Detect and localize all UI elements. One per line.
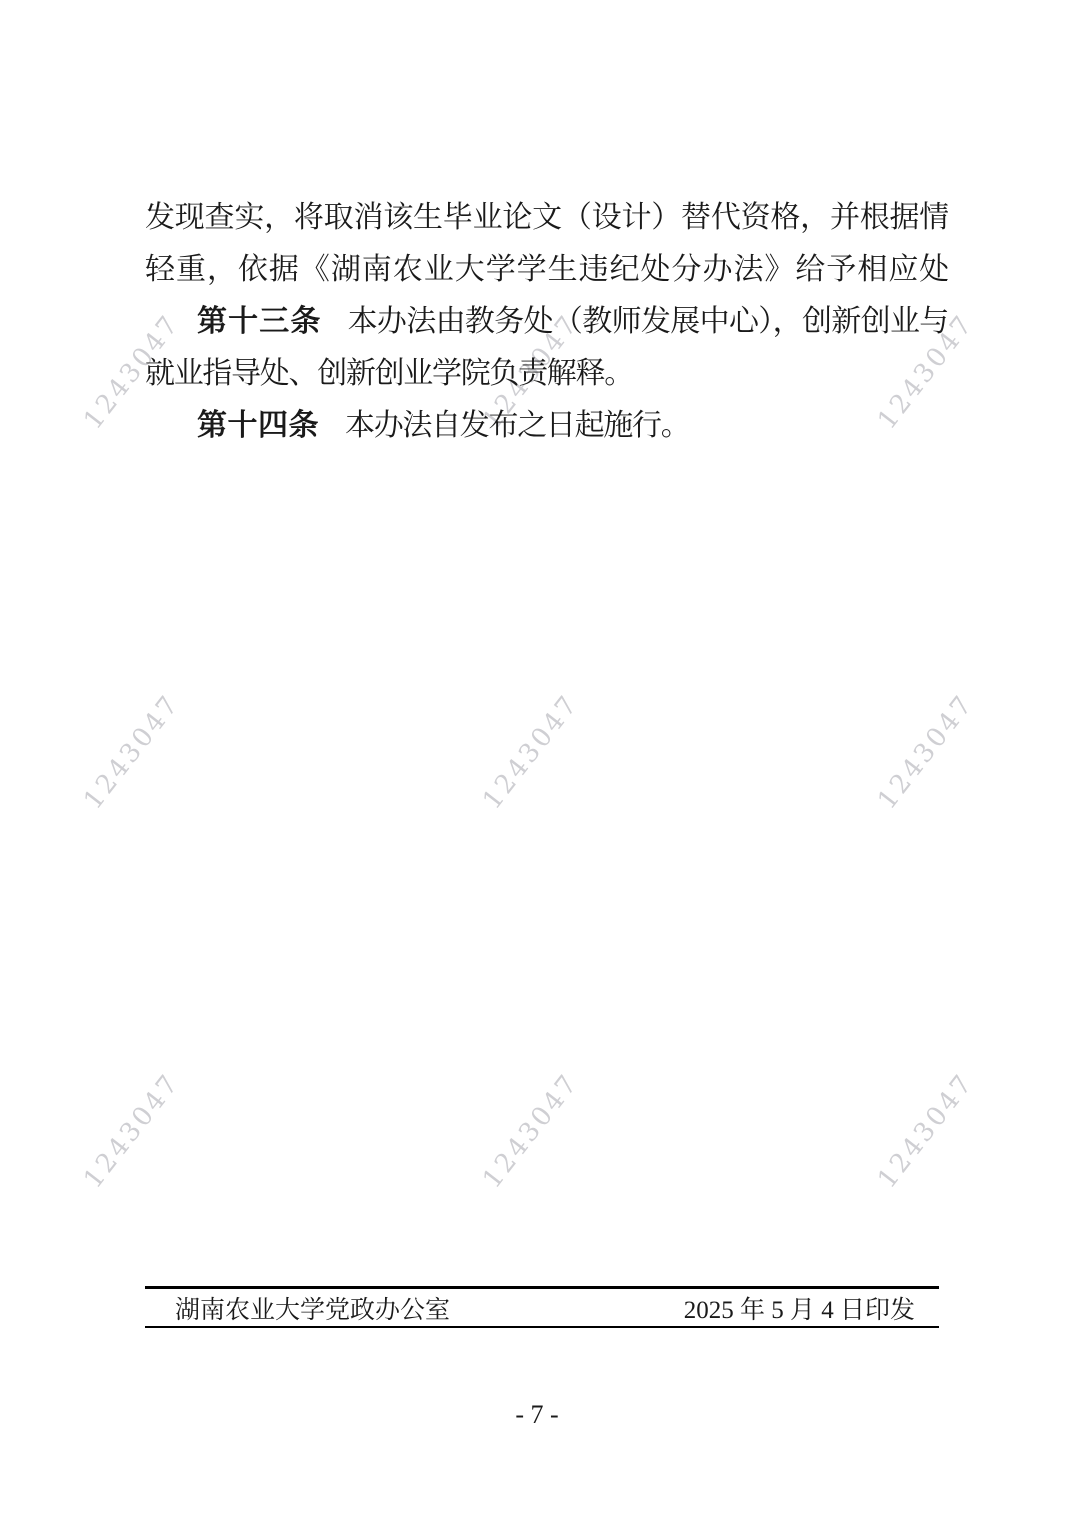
footer: 湖南农业大学党政办公室 2025 年 5 月 4 日印发 bbox=[145, 1289, 939, 1326]
document-page: 1243047 1243047 1243047 1243047 1243047 … bbox=[0, 0, 1074, 1520]
watermark-text: 1243047 bbox=[477, 689, 585, 815]
watermark-text: 1243047 bbox=[872, 689, 980, 815]
article-13-continuation: 就业指导处、创新创业学院负责解释。 bbox=[145, 348, 948, 400]
page-number: - 7 - bbox=[0, 1400, 1074, 1430]
article-14-heading: 第十四条 bbox=[197, 409, 319, 442]
body-line-continuation: 发现查实，将取消该生毕业论文（设计）替代资格，并根据情节 bbox=[145, 192, 948, 244]
article-13-heading: 第十三条 bbox=[197, 305, 322, 338]
footer-issuer: 湖南农业大学党政办公室 bbox=[175, 1290, 450, 1326]
document-body: 发现查实，将取消该生毕业论文（设计）替代资格，并根据情节 轻重，依据《湖南农业大… bbox=[145, 192, 948, 452]
article-13-line: 第十三条本办法由教务处（教师发展中心），创新创业与 bbox=[145, 296, 948, 348]
watermark-text: 1243047 bbox=[872, 1068, 980, 1194]
footer-print-date: 2025 年 5 月 4 日印发 bbox=[684, 1290, 915, 1326]
article-14-text: 本办法自发布之日起施行。 bbox=[345, 409, 689, 442]
body-line-continuation: 轻重，依据《湖南农业大学学生违纪处分办法》给予相应处分。 bbox=[145, 244, 948, 296]
article-14-line: 第十四条本办法自发布之日起施行。 bbox=[145, 400, 948, 452]
watermark-text: 1243047 bbox=[477, 1068, 585, 1194]
watermark-text: 1243047 bbox=[78, 689, 186, 815]
footer-rule-bottom bbox=[145, 1326, 939, 1328]
article-13-text: 本办法由教务处（教师发展中心），创新创业与 bbox=[348, 305, 948, 338]
watermark-text: 1243047 bbox=[78, 1068, 186, 1194]
